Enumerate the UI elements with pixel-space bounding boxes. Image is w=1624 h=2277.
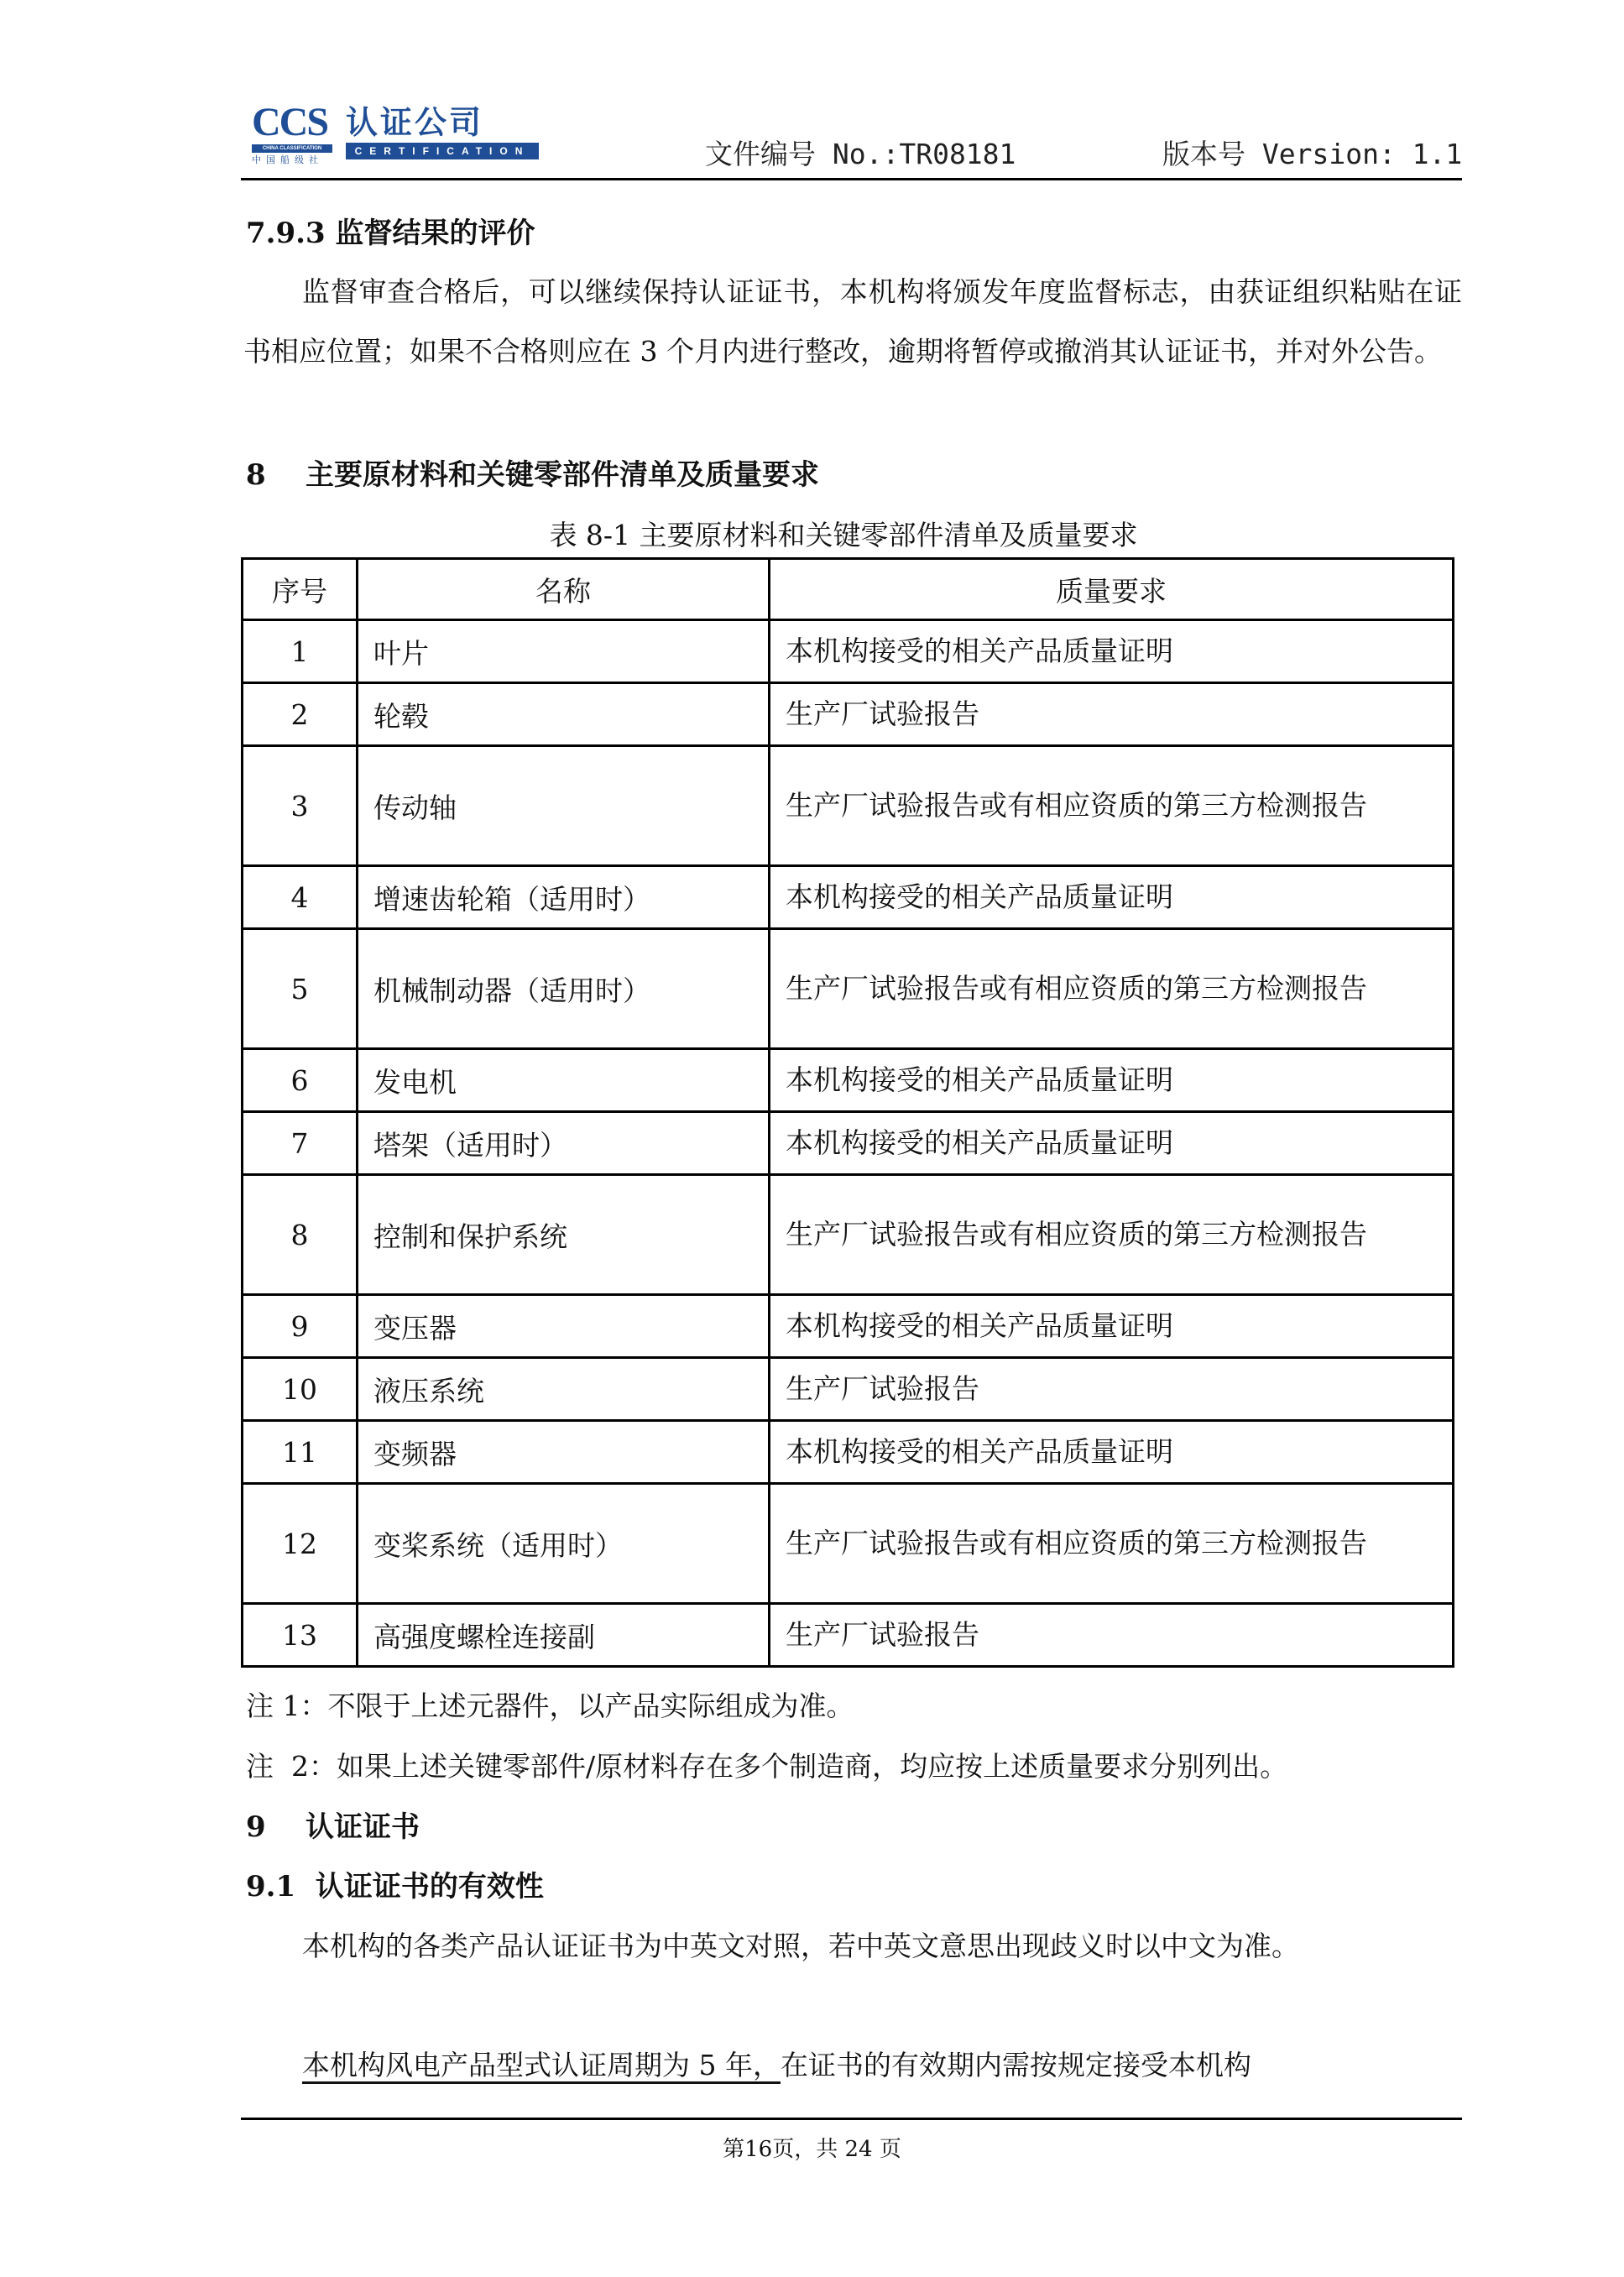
section-7-9-3-paragraph: 监督审查合格后，可以继续保持认证证书，本机构将颁发年度监督标志，由获证组织粘贴在… <box>243 262 1462 381</box>
component-name: 变桨系统（适用时） <box>358 1484 770 1604</box>
table-row: 13 高强度螺栓连接副 生产厂试验报告 <box>243 1604 1454 1667</box>
logo-cert-cn: 认证公司 <box>346 104 483 141</box>
table-row: 7 塔架（适用时） 本机构接受的相关产品质量证明 <box>243 1112 1454 1175</box>
component-name: 叶片 <box>358 620 770 683</box>
logo-ccs-mark: CCS <box>252 102 327 143</box>
table-row: 5 机械制动器（适用时） 生产厂试验报告或有相应资质的第三方检测报告 <box>243 929 1454 1049</box>
row-number: 10 <box>243 1358 358 1421</box>
page-number: 第16页，共 24 页 <box>0 2132 1624 2163</box>
quality-requirement: 本机构接受的相关产品质量证明 <box>770 1112 1454 1175</box>
ccs-certification-logo: CCS CHINA CLASSIFICATION SOCIETY 中国船级社 认… <box>252 102 546 163</box>
component-name: 传动轴 <box>358 746 770 866</box>
component-name: 变频器 <box>358 1421 770 1484</box>
quality-requirement: 本机构接受的相关产品质量证明 <box>770 1421 1454 1484</box>
table-caption: 表 8-1 主要原材料和关键零部件清单及质量要求 <box>0 514 1624 553</box>
section-9-1-paragraph-2: 本机构风电产品型式认证周期为 5 年，在证书的有效期内需按规定接受本机构 <box>302 2035 1477 2095</box>
materials-components-table: 序号 名称 质量要求 1 叶片 本机构接受的相关产品质量证明 2 轮毂 生产厂试… <box>241 557 1454 1668</box>
footer-divider <box>241 2118 1462 2120</box>
quality-requirement: 生产厂试验报告或有相应资质的第三方检测报告 <box>770 1175 1454 1295</box>
component-name: 高强度螺栓连接副 <box>358 1604 770 1667</box>
section-9-1-paragraph-1: 本机构的各类产品认证证书为中英文对照，若中英文意思出现歧义时以中文为准。 <box>243 1916 1435 1976</box>
quality-requirement: 本机构接受的相关产品质量证明 <box>770 866 1454 929</box>
table-row: 1 叶片 本机构接受的相关产品质量证明 <box>243 620 1454 683</box>
column-header-requirement: 质量要求 <box>770 559 1454 620</box>
table-row: 8 控制和保护系统 生产厂试验报告或有相应资质的第三方检测报告 <box>243 1175 1454 1295</box>
component-name: 塔架（适用时） <box>358 1112 770 1175</box>
version-number: 版本号 Version: 1.1 <box>1162 133 1462 172</box>
row-number: 11 <box>243 1421 358 1484</box>
component-name: 变压器 <box>358 1295 770 1358</box>
table-row: 12 变桨系统（适用时） 生产厂试验报告或有相应资质的第三方检测报告 <box>243 1484 1454 1604</box>
table-row: 9 变压器 本机构接受的相关产品质量证明 <box>243 1295 1454 1358</box>
section-7-9-3-heading: 7.9.3 监督结果的评价 <box>246 217 535 250</box>
quality-requirement: 生产厂试验报告 <box>770 683 1454 746</box>
row-number: 2 <box>243 683 358 746</box>
row-number: 7 <box>243 1112 358 1175</box>
quality-requirement: 生产厂试验报告 <box>770 1604 1454 1667</box>
quality-requirement: 生产厂试验报告或有相应资质的第三方检测报告 <box>770 929 1454 1049</box>
quality-requirement: 生产厂试验报告或有相应资质的第三方检测报告 <box>770 746 1454 866</box>
header-divider <box>241 178 1462 180</box>
document-number: 文件编号 No.:TR08181 <box>705 133 1016 172</box>
quality-requirement: 本机构接受的相关产品质量证明 <box>770 620 1454 683</box>
component-name: 增速齿轮箱（适用时） <box>358 866 770 929</box>
table-row: 3 传动轴 生产厂试验报告或有相应资质的第三方检测报告 <box>243 746 1454 866</box>
logo-society-en: CHINA CLASSIFICATION SOCIETY <box>252 144 332 153</box>
table-row: 11 变频器 本机构接受的相关产品质量证明 <box>243 1421 1454 1484</box>
paragraph-2-continuation: 在证书的有效期内需按规定接受本机构 <box>781 2049 1251 2081</box>
component-name: 发电机 <box>358 1049 770 1112</box>
section-8-heading: 8 主要原材料和关键零部件清单及质量要求 <box>246 458 819 492</box>
table-row: 6 发电机 本机构接受的相关产品质量证明 <box>243 1049 1454 1112</box>
table-row: 2 轮毂 生产厂试验报告 <box>243 683 1454 746</box>
component-name: 机械制动器（适用时） <box>358 929 770 1049</box>
row-number: 3 <box>243 746 358 866</box>
table-row: 4 增速齿轮箱（适用时） 本机构接受的相关产品质量证明 <box>243 866 1454 929</box>
component-name: 液压系统 <box>358 1358 770 1421</box>
quality-requirement: 生产厂试验报告 <box>770 1358 1454 1421</box>
row-number: 9 <box>243 1295 358 1358</box>
table-row: 10 液压系统 生产厂试验报告 <box>243 1358 1454 1421</box>
row-number: 1 <box>243 620 358 683</box>
component-name: 控制和保护系统 <box>358 1175 770 1295</box>
row-number: 12 <box>243 1484 358 1604</box>
row-number: 5 <box>243 929 358 1049</box>
component-name: 轮毂 <box>358 683 770 746</box>
certification-period-underlined: 本机构风电产品型式认证周期为 5 年， <box>302 2049 781 2081</box>
table-note-2: 注 2：如果上述关键零部件/原材料存在多个制造商，均应按上述质量要求分别列出。 <box>246 1750 1287 1783</box>
logo-cert-en: CERTIFICATION <box>346 143 539 159</box>
row-number: 8 <box>243 1175 358 1295</box>
column-header-name: 名称 <box>358 559 770 620</box>
section-9-1-heading: 9.1 认证证书的有效性 <box>246 1870 544 1904</box>
quality-requirement: 本机构接受的相关产品质量证明 <box>770 1049 1454 1112</box>
quality-requirement: 本机构接受的相关产品质量证明 <box>770 1295 1454 1358</box>
row-number: 13 <box>243 1604 358 1667</box>
logo-society-cn: 中国船级社 <box>252 153 323 166</box>
table-note-1: 注 1：不限于上述元器件，以产品实际组成为准。 <box>246 1689 854 1723</box>
row-number: 6 <box>243 1049 358 1112</box>
quality-requirement: 生产厂试验报告或有相应资质的第三方检测报告 <box>770 1484 1454 1604</box>
column-header-no: 序号 <box>243 559 358 620</box>
row-number: 4 <box>243 866 358 929</box>
table-header-row: 序号 名称 质量要求 <box>243 559 1454 620</box>
section-9-heading: 9 认证证书 <box>246 1810 420 1844</box>
